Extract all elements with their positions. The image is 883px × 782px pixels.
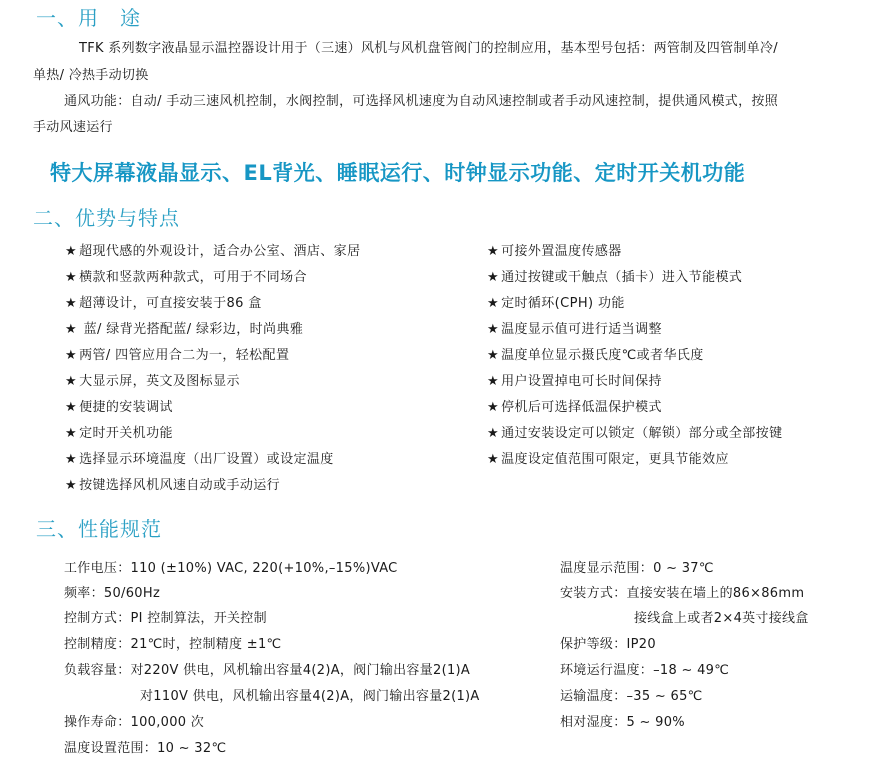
usage-paragraph-2-line-2: 手动风速运行	[33, 116, 113, 135]
star-icon: ★	[65, 348, 77, 363]
feature-item: ★通过按键或干触点（插卡）进入节能模式	[487, 266, 742, 285]
section-title-usage: 一、用 途	[36, 2, 141, 31]
spec-item-installation-line-2: 接线盒上或者2×4英寸接线盒	[634, 607, 809, 626]
star-icon: ★	[65, 322, 77, 337]
spec-item-load-capacity: 负载容量：对220V 供电，风机输出容量4(2)A，阀门输出容量2(1)A	[64, 659, 470, 678]
star-icon: ★	[65, 270, 77, 285]
star-icon: ★	[487, 296, 499, 311]
spec-item-control-accuracy: 控制精度：21℃时，控制精度 ±1℃	[64, 633, 281, 652]
feature-banner: 特大屏幕液晶显示、EL背光、睡眠运行、时钟显示功能、定时开关机功能	[50, 157, 745, 187]
feature-item: ★按键选择风机风速自动或手动运行	[65, 474, 280, 493]
feature-item: ★定时循环(CPH) 功能	[487, 292, 625, 311]
feature-item: ★温度设定值范围可限定，更具节能效应	[487, 448, 729, 467]
usage-paragraph-1-line-1: TFK 系列数字液晶显示温控器设计用于（三速）风机与风机盘管阀门的控制应用，基本…	[79, 37, 778, 56]
feature-item: ★可接外置温度传感器	[487, 240, 622, 259]
star-icon: ★	[487, 426, 499, 441]
feature-item: ★横款和竖款两种款式，可用于不同场合	[65, 266, 307, 285]
spec-item-lifespan: 操作寿命：100,000 次	[64, 711, 204, 730]
spec-item-setpoint-range: 温度设置范围：10 ~ 32℃	[64, 737, 226, 756]
spec-item-installation: 安装方式：直接安装在墙上的86×86mm	[560, 582, 804, 601]
spec-item-humidity: 相对湿度：5 ~ 90%	[560, 711, 685, 730]
star-icon: ★	[65, 374, 77, 389]
star-icon: ★	[487, 270, 499, 285]
feature-item: ★ 蓝/ 绿背光搭配蓝/ 绿彩边，时尚典雅	[65, 318, 303, 337]
star-icon: ★	[487, 322, 499, 337]
star-icon: ★	[487, 400, 499, 415]
spec-item-frequency: 频率：50/60Hz	[64, 582, 160, 601]
feature-item: ★通过安装设定可以锁定（解锁）部分或全部按键	[487, 422, 782, 441]
star-icon: ★	[487, 244, 499, 259]
feature-item: ★温度单位显示摄氏度℃或者华氏度	[487, 344, 704, 363]
feature-item: ★停机后可选择低温保护模式	[487, 396, 662, 415]
star-icon: ★	[65, 452, 77, 467]
spec-item-control-mode: 控制方式：PI 控制算法，开关控制	[64, 607, 267, 626]
feature-item: ★定时开关机功能	[65, 422, 173, 441]
feature-item: ★便捷的安装调试	[65, 396, 173, 415]
section-title-specifications: 三、性能规范	[36, 513, 162, 542]
star-icon: ★	[65, 296, 77, 311]
section-title-advantages: 二、优势与特点	[33, 202, 180, 231]
feature-item: ★两管/ 四管应用合二为一，轻松配置	[65, 344, 289, 363]
star-icon: ★	[65, 244, 77, 259]
feature-item: ★大显示屏，英文及图标显示	[65, 370, 240, 389]
feature-item: ★用户设置掉电可长时间保持	[487, 370, 662, 389]
feature-item: ★温度显示值可进行适当调整	[487, 318, 662, 337]
usage-paragraph-2-line-1: 通风功能：自动/ 手动三速风机控制，水阀控制，可选择风机速度为自动风速控制或者手…	[64, 90, 778, 109]
star-icon: ★	[65, 478, 77, 493]
feature-item: ★超现代感的外观设计，适合办公室、酒店、家居	[65, 240, 360, 259]
star-icon: ★	[487, 348, 499, 363]
usage-paragraph-1-line-2: 单热/ 冷热手动切换	[33, 64, 149, 83]
spec-item-operating-temp: 环境运行温度：–18 ~ 49℃	[560, 659, 729, 678]
spec-item-transport-temp: 运输温度：–35 ~ 65℃	[560, 685, 703, 704]
feature-item: ★超薄设计，可直接安装于86 盒	[65, 292, 262, 311]
star-icon: ★	[65, 400, 77, 415]
spec-item-display-range: 温度显示范围：0 ~ 37℃	[560, 557, 714, 576]
spec-item-voltage: 工作电压：110 (±10%) VAC, 220(+10%,–15%)VAC	[64, 557, 398, 576]
star-icon: ★	[65, 426, 77, 441]
star-icon: ★	[487, 452, 499, 467]
feature-item: ★选择显示环境温度（出厂设置）或设定温度	[65, 448, 334, 467]
star-icon: ★	[487, 374, 499, 389]
spec-item-load-capacity-110v: 对110V 供电，风机输出容量4(2)A，阀门输出容量2(1)A	[140, 685, 480, 704]
spec-item-protection-class: 保护等级：IP20	[560, 633, 656, 652]
